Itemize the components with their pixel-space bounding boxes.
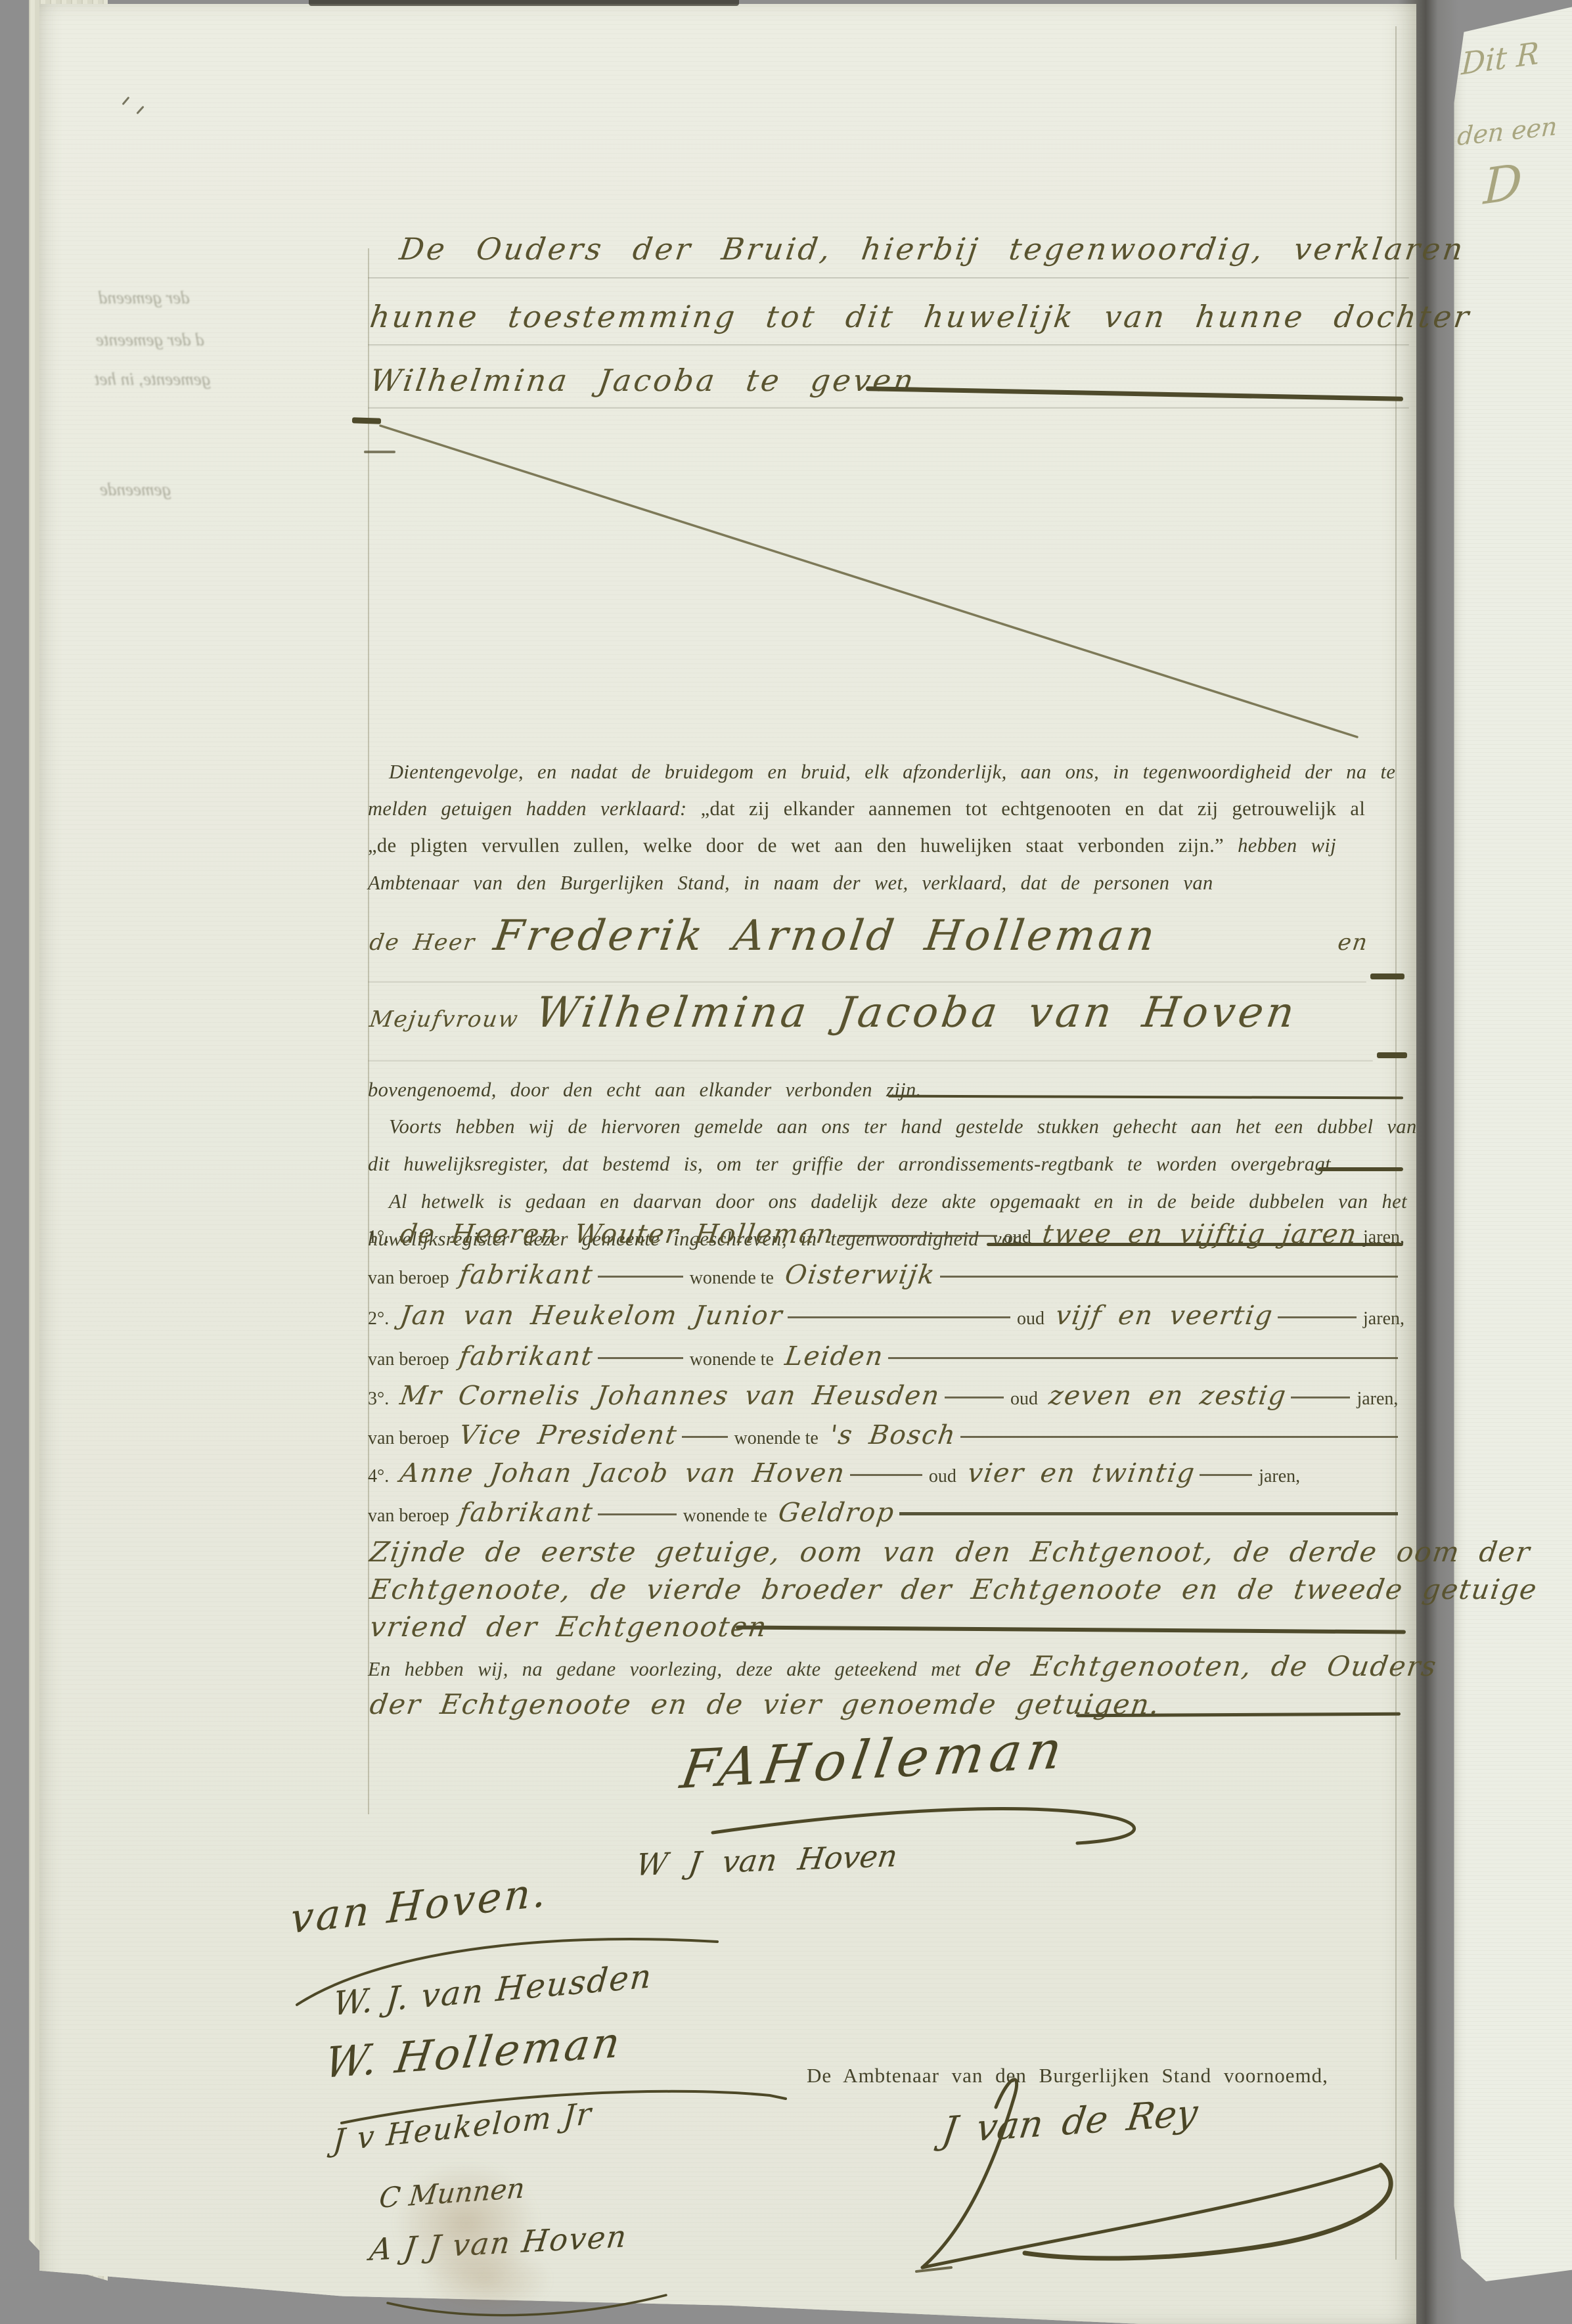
clause-record-line-1: Al hetwelk is gedaan en daarvan door ons… (389, 1190, 1407, 1213)
writing-guideline (368, 407, 1409, 409)
relations-line-1: Zijnde de eerste getuige, oom van den Ec… (368, 1536, 1533, 1568)
writing-guideline (368, 344, 1409, 346)
fill-line (888, 1357, 1398, 1359)
witness-1-age: twee en vijftig jaren (1041, 1219, 1360, 1249)
witness-1-beroep: fabrikant (457, 1260, 596, 1290)
fill-line (598, 1513, 677, 1515)
writing-guideline (368, 981, 1366, 983)
witness-2-number: 2°. (368, 1308, 389, 1330)
witness-4-age: vier en twintig (966, 1458, 1198, 1488)
witness-4-name: Anne Johan Jacob van Hoven (398, 1458, 847, 1488)
oud-label: oud (1004, 1227, 1031, 1248)
jaren-label: jaren, (1259, 1466, 1300, 1487)
witness-3-age: zeven en zestig (1047, 1381, 1289, 1411)
void-dash (364, 451, 395, 453)
wonende-te-label: wonende te (734, 1428, 819, 1449)
jaren-label: jaren, (1357, 1389, 1398, 1410)
bride-name: Wilhelmina Jacoba van Hoven (533, 989, 1301, 1037)
van-beroep-label: van beroep (368, 1428, 449, 1449)
declaration-line-2-italic: melden getuigen hadden verklaard: (368, 797, 687, 820)
ink-dash (1377, 1052, 1407, 1058)
witness-4-number: 4°. (368, 1466, 389, 1487)
conjunction-en: en (1336, 929, 1370, 956)
ink-dash (1318, 1167, 1403, 1171)
groom-name: Frederik Arnold Holleman (491, 912, 1161, 960)
jaren-label: jaren, (1363, 1227, 1404, 1248)
declaration-line-1: Dientengevolge, en nadat de bruidegom en… (389, 761, 1395, 784)
clause-documents-line-1: Voorts hebben wij de hiervoren gemelde a… (389, 1115, 1417, 1138)
witness-3-number: 3°. (368, 1389, 389, 1410)
consent-note-line-2: hunne toestemming tot dit huwelijk van h… (368, 299, 1473, 334)
bride-name-line: Mejufvrouw Wilhelmina Jacoba van Hoven (368, 989, 1380, 1037)
witness-2-name-row: 2°. Jan van Heukelom Junior oud vijf en … (368, 1301, 1404, 1331)
relations-line-2: Echtgenoote, de vierde broeder der Echtg… (368, 1573, 1540, 1605)
witness-2-woonplaats: Leiden (783, 1341, 886, 1372)
wonende-te-label: wonende te (690, 1268, 774, 1289)
van-beroep-label: van beroep (368, 1506, 449, 1527)
fill-line (682, 1436, 728, 1438)
fill-line (945, 1397, 1004, 1398)
van-beroep-label: van beroep (368, 1268, 449, 1289)
archival-marriage-record-photo: { "colors": { "background": "#8e8e8e", "… (0, 0, 1572, 2324)
void-dash (352, 417, 381, 424)
witness-2-detail-row: van beroep fabrikant wonende te Leiden (368, 1341, 1404, 1372)
relations-line-3: vriend der Echtgenooten (368, 1611, 770, 1643)
witness-1-number: 1°. (368, 1227, 389, 1248)
closing-line-1: En hebben wij, na gedane voorlezing, dez… (368, 1650, 1404, 1682)
van-beroep-label: van beroep (368, 1349, 449, 1370)
fill-line (1200, 1474, 1252, 1476)
consent-note-line-1: De Ouders der Bruid, hierbij tegenwoordi… (397, 231, 1468, 267)
witness-3-detail-row: van beroep Vice President wonende te 's … (368, 1420, 1404, 1450)
ink-dash (1370, 973, 1404, 979)
bleedthrough-text: der gemeend (99, 288, 190, 308)
witness-2-beroep: fabrikant (457, 1341, 596, 1372)
wonende-te-label: wonende te (690, 1349, 774, 1370)
declaration-line-3-italic: hebben wij (1238, 834, 1336, 857)
oud-label: oud (1017, 1308, 1044, 1330)
official-title-label: De Ambtenaar van den Burgerlijken Stand … (807, 2064, 1328, 2088)
fill-line (960, 1436, 1398, 1438)
witness-4-woonplaats: Geldrop (776, 1498, 897, 1528)
fill-line (598, 1276, 683, 1278)
witness-4-name-row: 4°. Anne Johan Jacob van Hoven oud vier … (368, 1458, 1404, 1488)
bleedthrough-text: gemeende (100, 480, 171, 500)
page-fold-crease (1395, 26, 1397, 2260)
fill-line (850, 1474, 922, 1476)
writing-guideline (368, 277, 1409, 279)
register-next-page-edge (1449, 0, 1572, 2286)
adjacent-page-text-fragment: D (1483, 153, 1523, 216)
groom-prefix: de Heer (368, 929, 477, 956)
fill-line (899, 1512, 1398, 1515)
closing-script-2: der Echtgenoote en de vier genoemde getu… (368, 1688, 1163, 1720)
jaren-label: jaren, (1363, 1308, 1404, 1330)
fill-line (839, 1235, 997, 1237)
witness-3-beroep: Vice President (457, 1420, 679, 1450)
ink-stain (420, 2243, 552, 2315)
fill-line (1291, 1397, 1350, 1398)
bleedthrough-text: gemeente, in het (95, 369, 210, 390)
writing-guideline (368, 1060, 1373, 1061)
groom-name-line: de Heer Frederik Arnold Holleman en (368, 912, 1366, 960)
pronouncement: bovengenoemd, door den echt aan elkander… (368, 1079, 922, 1102)
fill-line (788, 1316, 1010, 1318)
fill-line (1278, 1316, 1357, 1318)
witness-2-name: Jan van Heukelom Junior (398, 1301, 785, 1331)
witness-1-name-row: 1°. de Heeren Wouter Holleman oud twee e… (368, 1219, 1404, 1249)
declaration-line-3: „de pligten vervullen zullen, welke door… (368, 834, 1336, 857)
witness-1-woonplaats: Oisterwijk (783, 1260, 937, 1290)
closing-printed: En hebben wij, na gedane voorlezing, dez… (368, 1658, 960, 1681)
witness-1-name: de Heeren Wouter Holleman (398, 1219, 837, 1249)
page-top-edge-shadow (309, 0, 739, 6)
bride-prefix: Mejufvrouw (368, 1006, 521, 1033)
clause-documents-line-2: dit huwelijksregister, dat bestemd is, o… (368, 1153, 1336, 1176)
oud-label: oud (929, 1466, 956, 1487)
witness-3-name-row: 3°. Mr Cornelis Johannes van Heusden oud… (368, 1381, 1404, 1411)
witness-1-detail-row: van beroep fabrikant wonende te Oisterwi… (368, 1260, 1404, 1290)
consent-note-line-3: Wilhelmina Jacoba te geven (368, 363, 918, 398)
witness-2-age: vijf en veertig (1054, 1301, 1275, 1331)
declaration-line-2-roman: „dat zij elkander aannemen tot echtgenoo… (701, 797, 1366, 820)
bleedthrough-text: d der gemeente (96, 330, 204, 350)
declaration-line-3-roman: „de pligten vervullen zullen, welke door… (368, 834, 1224, 857)
declaration-line-4: Ambtenaar van den Burgerlijken Stand, in… (368, 872, 1213, 895)
fill-line (940, 1276, 1398, 1278)
witness-3-woonplaats: 's Bosch (828, 1420, 958, 1450)
declaration-line-2: melden getuigen hadden verklaard: „dat z… (368, 797, 1365, 820)
fill-line (598, 1357, 683, 1359)
oud-label: oud (1010, 1389, 1038, 1410)
witness-3-name: Mr Cornelis Johannes van Heusden (398, 1381, 942, 1411)
witness-4-beroep: fabrikant (457, 1498, 596, 1528)
wonende-te-label: wonende te (683, 1506, 767, 1527)
witness-4-detail-row: van beroep fabrikant wonende te Geldrop (368, 1498, 1404, 1528)
closing-script-1: de Echtgenooten, de Ouders (974, 1650, 1439, 1682)
